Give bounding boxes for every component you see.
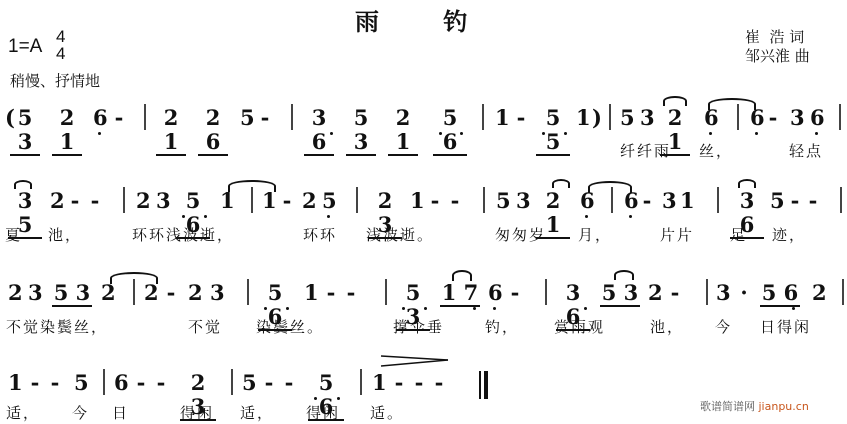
low-octave-dot — [542, 132, 545, 135]
lyric: 不觉染鬓丝， — [6, 316, 108, 337]
lyric: 月， — [578, 224, 612, 245]
dash: - — [806, 189, 820, 213]
paren-close: ) — [590, 106, 604, 130]
dash: - — [112, 106, 126, 130]
barline — [545, 279, 547, 305]
lyric: 今 — [715, 316, 732, 337]
lyric: 赏雨观 — [554, 316, 605, 337]
lyric: 钓， — [485, 316, 519, 337]
low-octave-dot — [424, 307, 427, 310]
final-barline-thick — [484, 371, 488, 399]
low-octave-dot — [584, 307, 587, 310]
dash: - — [154, 371, 168, 395]
low-octave-dot — [182, 215, 185, 218]
score-row-4: 1 - - 5 6 - - 2 3 5 - - 5 6 1 - - - 适， 今… — [0, 0, 847, 70]
watermark: 歌谱简谱网 jianpu.cn — [700, 398, 809, 414]
lyric: 适， — [240, 402, 274, 423]
dash: - — [508, 281, 522, 305]
tempo-marking: 稍慢、抒情地 — [10, 70, 100, 91]
dash: - — [88, 189, 102, 213]
barline — [609, 104, 611, 130]
decrescendo-icon — [380, 354, 450, 368]
note: 6 — [114, 371, 128, 395]
lyric: 环环浅波逝， — [132, 224, 234, 245]
note: 3 — [640, 106, 654, 130]
low-octave-dot — [755, 132, 758, 135]
note-group: 1 7 — [440, 281, 480, 307]
note-group: 2 6 — [198, 106, 228, 156]
low-octave-dot — [564, 132, 567, 135]
dash: - — [448, 189, 462, 213]
barline — [123, 187, 125, 213]
note: 3 — [790, 106, 804, 130]
note: 1 — [495, 106, 509, 130]
note-group: 2 1 — [52, 106, 82, 156]
dash: - — [514, 106, 528, 130]
lyric: 适。 — [370, 402, 404, 423]
barline — [247, 279, 249, 305]
note: 5 — [770, 189, 784, 213]
watermark-site: jianpu.cn — [759, 400, 809, 413]
low-octave-dot — [314, 397, 317, 400]
final-barline-thin — [479, 371, 481, 399]
barline — [842, 279, 844, 305]
barline — [360, 369, 362, 395]
note: 1 — [372, 371, 386, 395]
note-group: 5 3 — [600, 281, 640, 307]
barline — [737, 104, 739, 130]
lyric: 浅波逝。 — [366, 224, 434, 245]
lyric: 池， — [48, 224, 82, 245]
note: 6 — [488, 281, 502, 305]
lyric: 适， — [6, 402, 40, 423]
lyric: 池， — [650, 316, 684, 337]
low-octave-dot — [204, 215, 207, 218]
note: 6 — [810, 106, 824, 130]
note: 3 — [210, 281, 224, 305]
augmentation-dot: · — [737, 281, 751, 305]
note: 3 — [662, 189, 676, 213]
note: 2 — [648, 281, 662, 305]
barline — [483, 187, 485, 213]
lyric: 不觉 — [188, 316, 222, 337]
barline — [611, 187, 613, 213]
dash: - — [258, 106, 272, 130]
lyric: 染鬓丝。 — [256, 316, 324, 337]
low-octave-dot — [460, 132, 463, 135]
note: 6 — [624, 189, 638, 213]
barline — [839, 104, 841, 130]
barline — [291, 104, 293, 130]
note: 1 — [304, 281, 318, 305]
low-octave-dot — [439, 132, 442, 135]
low-octave-dot — [330, 132, 333, 135]
note: 6 — [750, 106, 764, 130]
note: 5 — [242, 371, 256, 395]
note: 2 — [144, 281, 158, 305]
slur — [738, 179, 756, 188]
barline — [133, 279, 135, 305]
note: 5 — [240, 106, 254, 130]
note: 5 — [496, 189, 510, 213]
dash: - — [432, 371, 446, 395]
note: 1 — [410, 189, 424, 213]
dash: - — [428, 189, 442, 213]
dash: - — [766, 106, 780, 130]
barline — [356, 187, 358, 213]
note: 2 — [812, 281, 826, 305]
lyric: 今 — [72, 402, 89, 423]
slur — [552, 179, 570, 188]
lyric: 日得闲 — [760, 316, 811, 337]
dash: - — [412, 371, 426, 395]
note: 2 — [302, 189, 316, 213]
dash: - — [788, 189, 802, 213]
note-group: 3 6 — [304, 106, 334, 156]
low-octave-dot — [473, 307, 476, 310]
dash: - — [164, 281, 178, 305]
note-group: 5 6 — [760, 281, 800, 307]
dash: - — [262, 371, 276, 395]
note-group: 5 3 — [10, 106, 40, 156]
note: 1 — [576, 106, 590, 130]
note-group: 5 3 — [52, 281, 92, 307]
dash: - — [282, 371, 296, 395]
barline — [251, 187, 253, 213]
lyric: 纤纤雨 — [620, 140, 671, 161]
barline — [706, 279, 708, 305]
note-group: 5 6 — [433, 106, 467, 156]
dash: - — [28, 371, 42, 395]
low-octave-dot — [585, 215, 588, 218]
note: 2 — [136, 189, 150, 213]
note: 2 — [101, 281, 115, 305]
low-octave-dot — [815, 132, 818, 135]
dash: - — [640, 189, 654, 213]
low-octave-dot — [792, 307, 795, 310]
low-octave-dot — [98, 132, 101, 135]
barline — [717, 187, 719, 213]
tie — [708, 98, 756, 110]
note: 3 — [28, 281, 42, 305]
note-group: 2 1 — [156, 106, 186, 156]
lyric: 丝， — [699, 140, 733, 161]
note: 1 — [262, 189, 276, 213]
note: 3 — [156, 189, 170, 213]
lyric: 得闲 — [180, 402, 214, 423]
lyric: 匆匆岁 — [495, 224, 546, 245]
dash: - — [68, 189, 82, 213]
low-octave-dot — [264, 307, 267, 310]
barline — [840, 187, 842, 213]
note: 5 — [620, 106, 634, 130]
dash: - — [668, 281, 682, 305]
low-octave-dot — [327, 215, 330, 218]
dash: - — [324, 281, 338, 305]
note: 1 — [680, 189, 694, 213]
lyric: 撑伞垂 — [393, 316, 444, 337]
dash: - — [134, 371, 148, 395]
lyric: 片片 — [660, 224, 694, 245]
barline — [482, 104, 484, 130]
lyric: 轻点 — [789, 140, 823, 161]
barline — [385, 279, 387, 305]
note: 5 — [74, 371, 88, 395]
low-octave-dot — [402, 307, 405, 310]
low-octave-dot — [337, 397, 340, 400]
lyric: 日 — [112, 402, 129, 423]
lyric: 得闲 — [306, 402, 340, 423]
low-octave-dot — [493, 307, 496, 310]
note-group: 5 3 — [346, 106, 376, 156]
low-octave-dot — [286, 307, 289, 310]
note: 3 — [716, 281, 730, 305]
barline — [103, 369, 105, 395]
dash: - — [280, 189, 294, 213]
note-group: 2 1 — [388, 106, 418, 156]
barline — [144, 104, 146, 130]
slur — [614, 270, 634, 280]
dash: - — [392, 371, 406, 395]
note: 3 — [516, 189, 530, 213]
note: 2 — [188, 281, 202, 305]
lyric: 夏 — [5, 224, 22, 245]
lyric: 迹， — [772, 224, 806, 245]
note: 2 — [8, 281, 22, 305]
low-octave-dot — [709, 132, 712, 135]
note: 1 — [8, 371, 22, 395]
dash: - — [48, 371, 62, 395]
note: 5 — [322, 189, 336, 213]
dash: - — [344, 281, 358, 305]
lyric: 环环 — [303, 224, 337, 245]
lyric: 足 — [730, 224, 747, 245]
low-octave-dot — [629, 215, 632, 218]
barline — [231, 369, 233, 395]
note: 2 — [50, 189, 64, 213]
note: 6 — [93, 106, 107, 130]
note-group: 5 5 — [536, 106, 570, 156]
note: 1 — [220, 189, 234, 213]
